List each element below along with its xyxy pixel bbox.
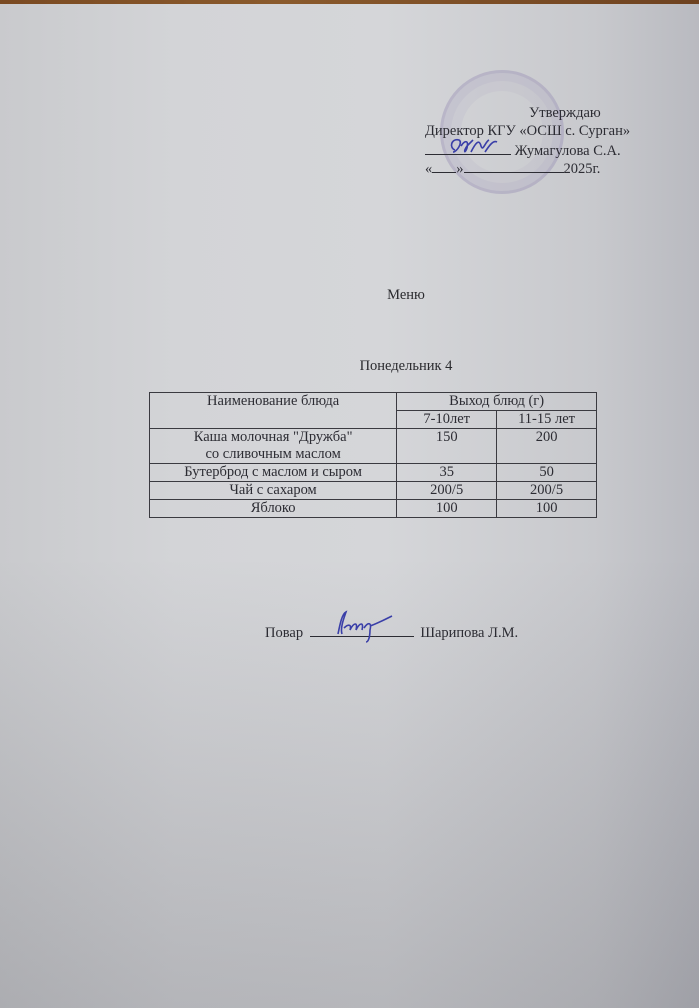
director-signature-line: Жумагулова С.А. — [417, 140, 687, 160]
table-row: Яблоко 100 100 — [150, 500, 597, 518]
director-signature-icon — [445, 134, 505, 158]
portion-11-15: 200 — [497, 429, 597, 464]
cook-signature-block: Повар Шарипова Л.М. — [265, 622, 518, 642]
table-row: Бутерброд с маслом и сыром 35 50 — [150, 464, 597, 482]
portion-11-15: 50 — [497, 464, 597, 482]
cook-signature-line — [310, 622, 414, 637]
approval-block: Утверждаю Директор КГУ «ОСШ с. Сурган» Ж… — [417, 104, 687, 178]
month-blank — [464, 160, 564, 173]
dish-name: Яблоко — [150, 500, 397, 518]
date-year: 2025г. — [564, 161, 601, 177]
header-age-11-15: 11-15 лет — [497, 411, 597, 429]
header-dish-name: Наименование блюда — [150, 393, 397, 429]
portion-7-10: 150 — [397, 429, 497, 464]
signature-blank — [425, 140, 511, 155]
table-row: Каша молочная "Дружба" со сливочным масл… — [150, 429, 597, 464]
table-row: Чай с сахаром 200/5 200/5 — [150, 482, 597, 500]
document-day: Понедельник 4 — [0, 358, 699, 375]
day-blank — [432, 160, 456, 173]
portion-11-15: 200/5 — [497, 482, 597, 500]
cook-name: Шарипова Л.М. — [420, 625, 518, 641]
portion-7-10: 35 — [397, 464, 497, 482]
portion-7-10: 100 — [397, 500, 497, 518]
director-name: Жумагулова С.А. — [515, 143, 621, 159]
approval-date: «»2025г. — [417, 160, 687, 178]
dish-name: Каша молочная "Дружба" со сливочным масл… — [150, 429, 397, 464]
cook-label: Повар — [265, 625, 303, 641]
portion-7-10: 200/5 — [397, 482, 497, 500]
menu-table: Наименование блюда Выход блюд (г) 7-10ле… — [149, 392, 597, 518]
document-title: Меню — [0, 287, 699, 304]
dish-name: Чай с сахаром — [150, 482, 397, 500]
approve-label: Утверждаю — [417, 104, 687, 122]
header-output: Выход блюд (г) — [397, 393, 597, 411]
table-header-row: Наименование блюда Выход блюд (г) — [150, 393, 597, 411]
cook-signature-icon — [328, 608, 396, 644]
dish-name: Бутерброд с маслом и сыром — [150, 464, 397, 482]
header-age-7-10: 7-10лет — [397, 411, 497, 429]
portion-11-15: 100 — [497, 500, 597, 518]
